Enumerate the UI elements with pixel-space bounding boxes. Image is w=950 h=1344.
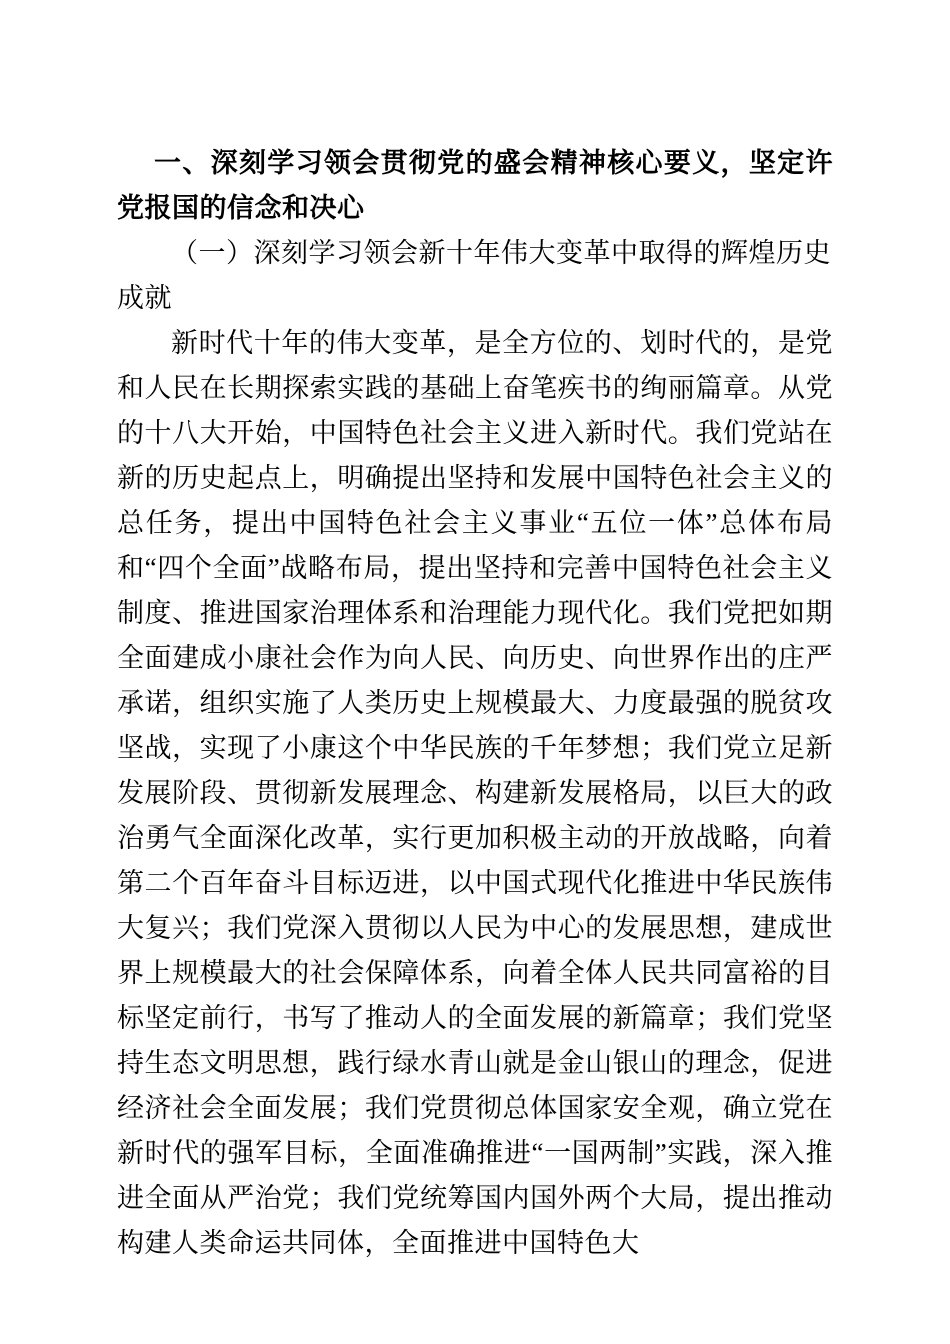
document-page: 一、深刻学习领会贯彻党的盛会精神核心要义，坚定许党报国的信念和决心 （一）深刻学… <box>0 0 950 1344</box>
document-content: 一、深刻学习领会贯彻党的盛会精神核心要义，坚定许党报国的信念和决心 （一）深刻学… <box>117 141 833 1266</box>
body-paragraph: 新时代十年的伟大变革，是全方位的、划时代的，是党和人民在长期探索实践的基础上奋笔… <box>117 321 833 1266</box>
section-subheading: （一）深刻学习领会新十年伟大变革中取得的辉煌历史成就 <box>117 231 833 321</box>
section-heading: 一、深刻学习领会贯彻党的盛会精神核心要义，坚定许党报国的信念和决心 <box>117 141 833 231</box>
